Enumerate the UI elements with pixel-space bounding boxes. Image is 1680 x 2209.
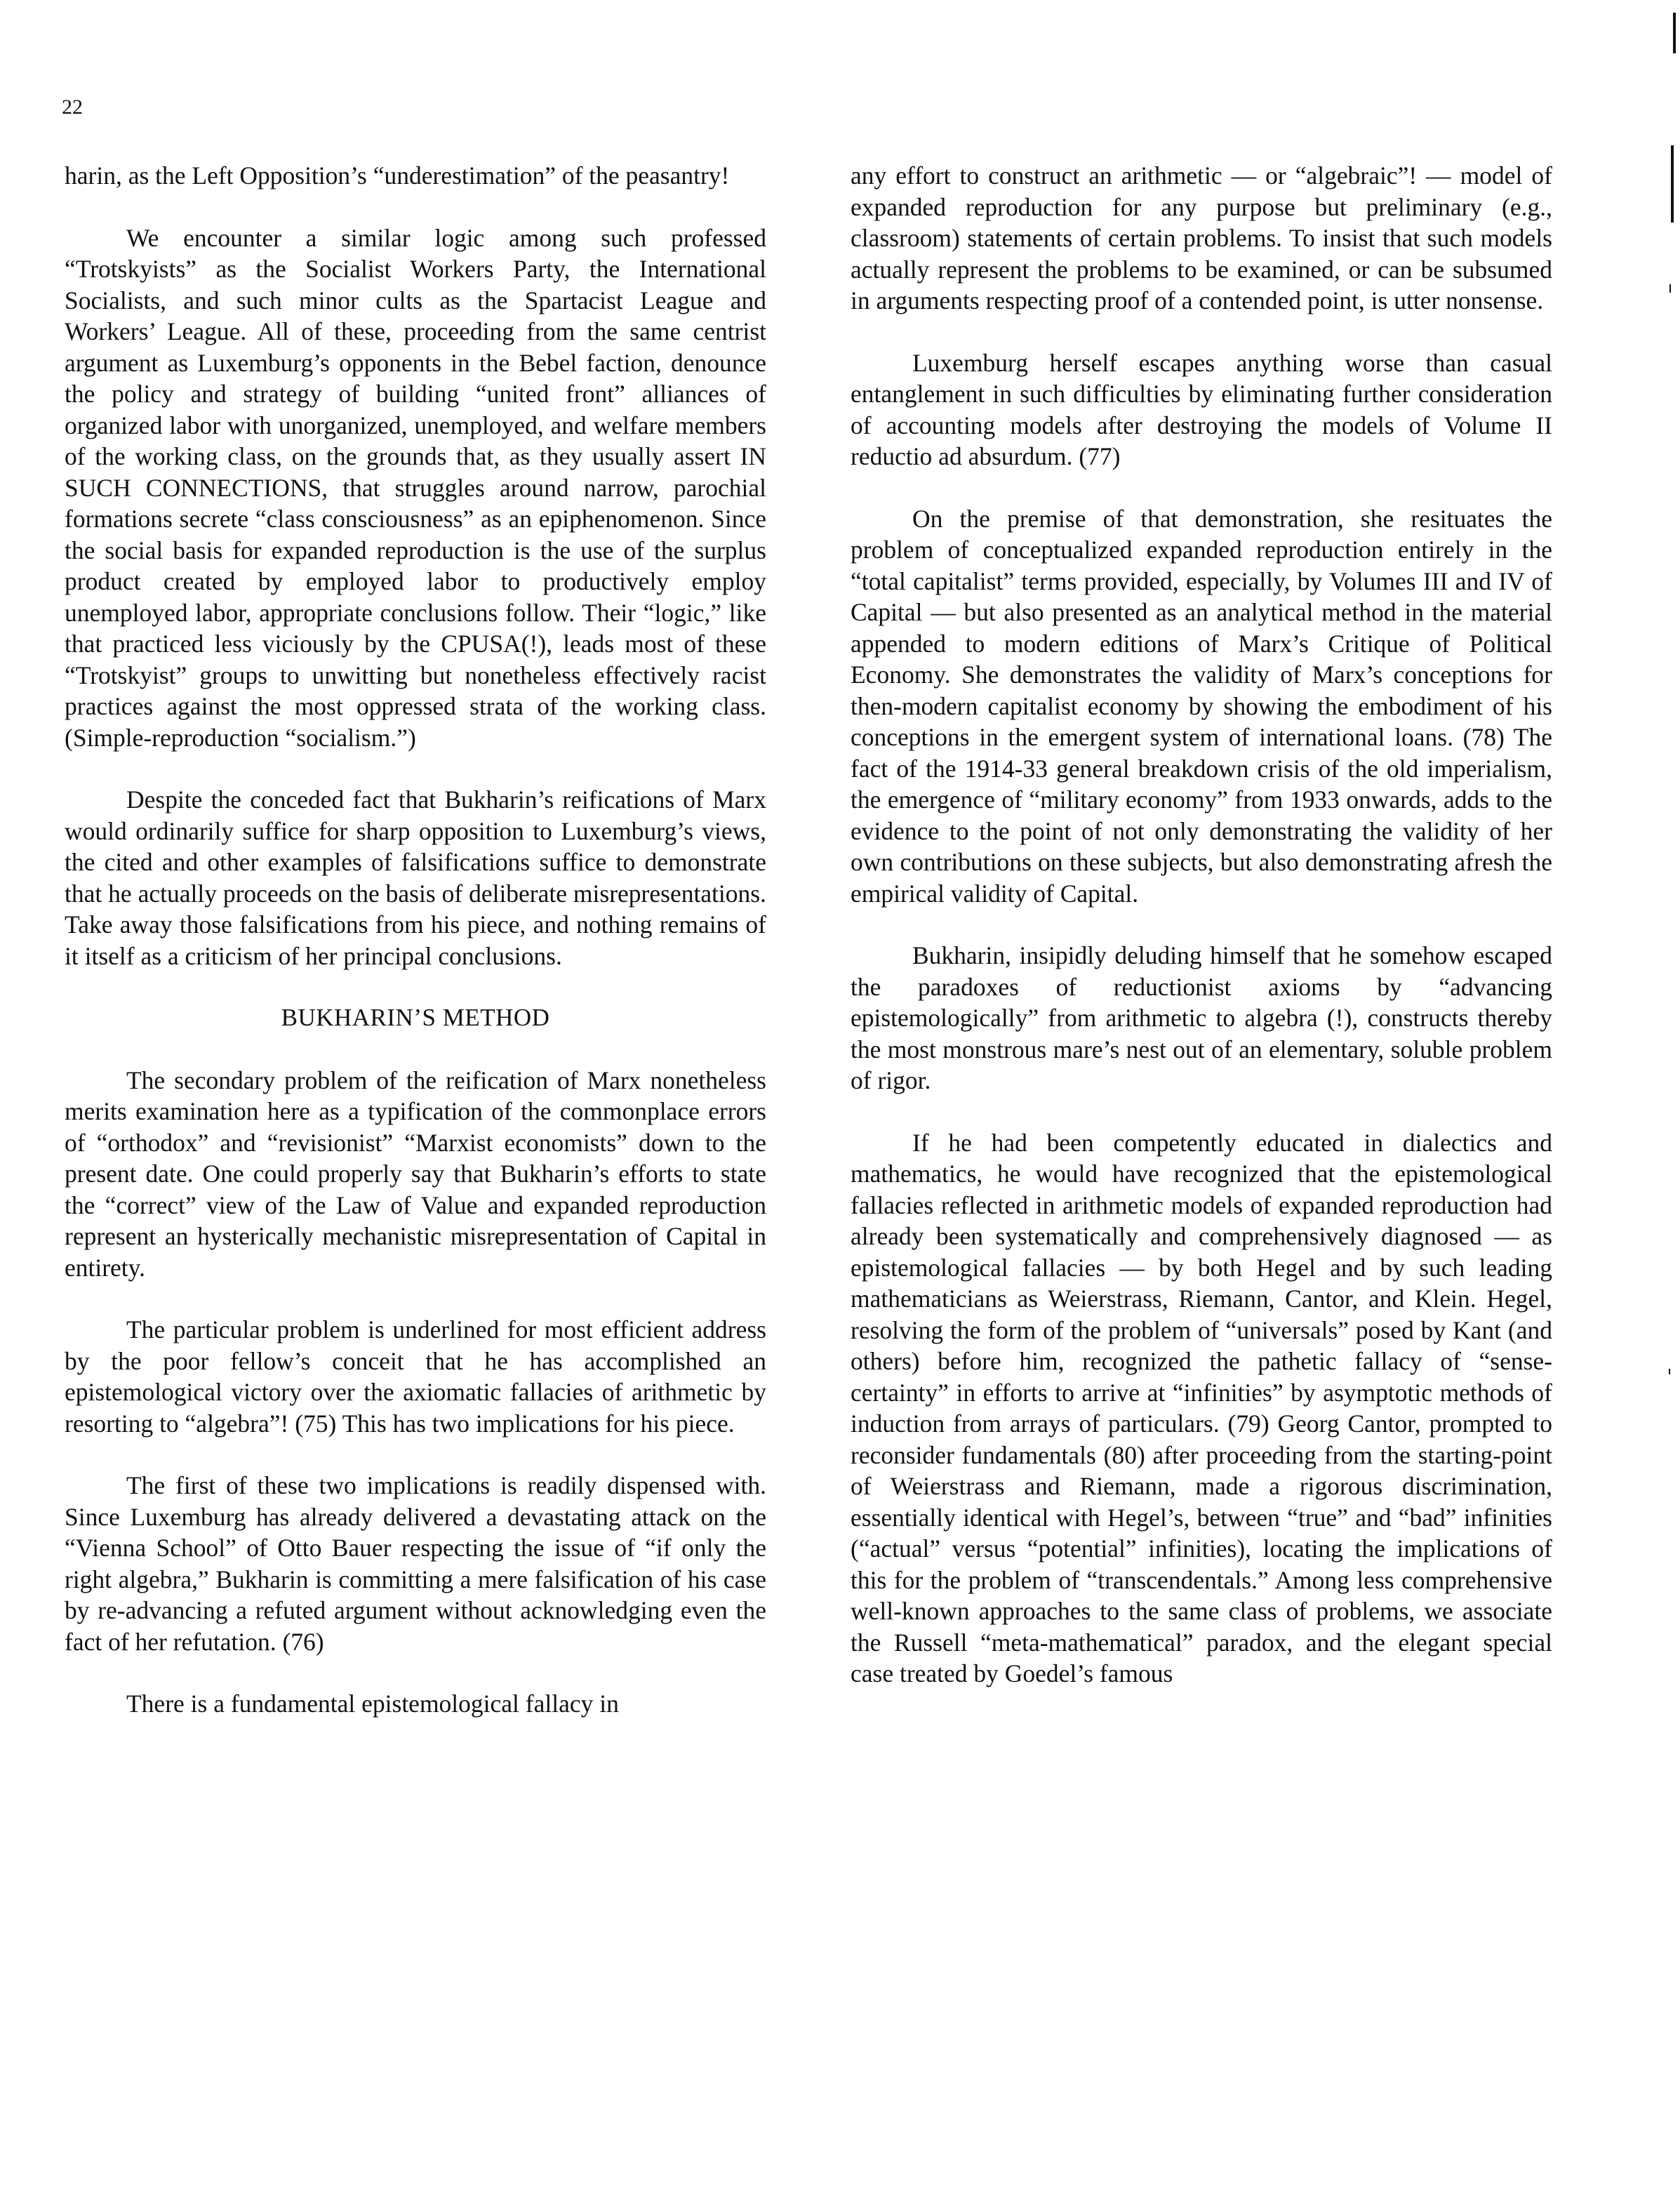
paragraph-competently-educated: If he had been competently educated in d… <box>851 1127 1552 1690</box>
paragraph-first-implication: The first of these two implications is r… <box>65 1470 766 1657</box>
paragraph-premise: On the premise of that demonstration, sh… <box>851 503 1552 910</box>
paragraph-epistemological-fallacy: There is a fundamental epistemological f… <box>65 1688 766 1720</box>
paragraph-bukharin-deluding: Bukharin, insipidly deluding himself tha… <box>851 940 1552 1096</box>
paragraph-conceded-fact: Despite the conceded fact that Bukharin’… <box>65 784 766 971</box>
paragraph-particular-problem: The particular problem is underlined for… <box>65 1314 766 1439</box>
scan-edge-mark <box>1669 284 1671 293</box>
paragraph-trotskyists: We encounter a similar logic among such … <box>65 223 766 754</box>
scan-edge-mark <box>1673 13 1676 53</box>
paragraph-luxemburg-herself: Luxemburg herself escapes anything worse… <box>851 347 1552 472</box>
paragraph-continuation: harin, as the Left Opposition’s “underes… <box>65 160 766 192</box>
paragraph-secondary-problem: The secondary problem of the reification… <box>65 1065 766 1284</box>
right-column: any effort to construct an arithmetic — … <box>851 160 1552 1720</box>
scan-edge-mark <box>1669 1369 1670 1374</box>
page-number: 22 <box>62 95 83 119</box>
left-column: harin, as the Left Opposition’s “underes… <box>65 160 766 1751</box>
scan-edge-mark <box>1671 145 1674 223</box>
paragraph-arithmetic-model: any effort to construct an arithmetic — … <box>851 160 1552 317</box>
section-heading: BUKHARIN’S METHOD <box>65 1002 766 1034</box>
